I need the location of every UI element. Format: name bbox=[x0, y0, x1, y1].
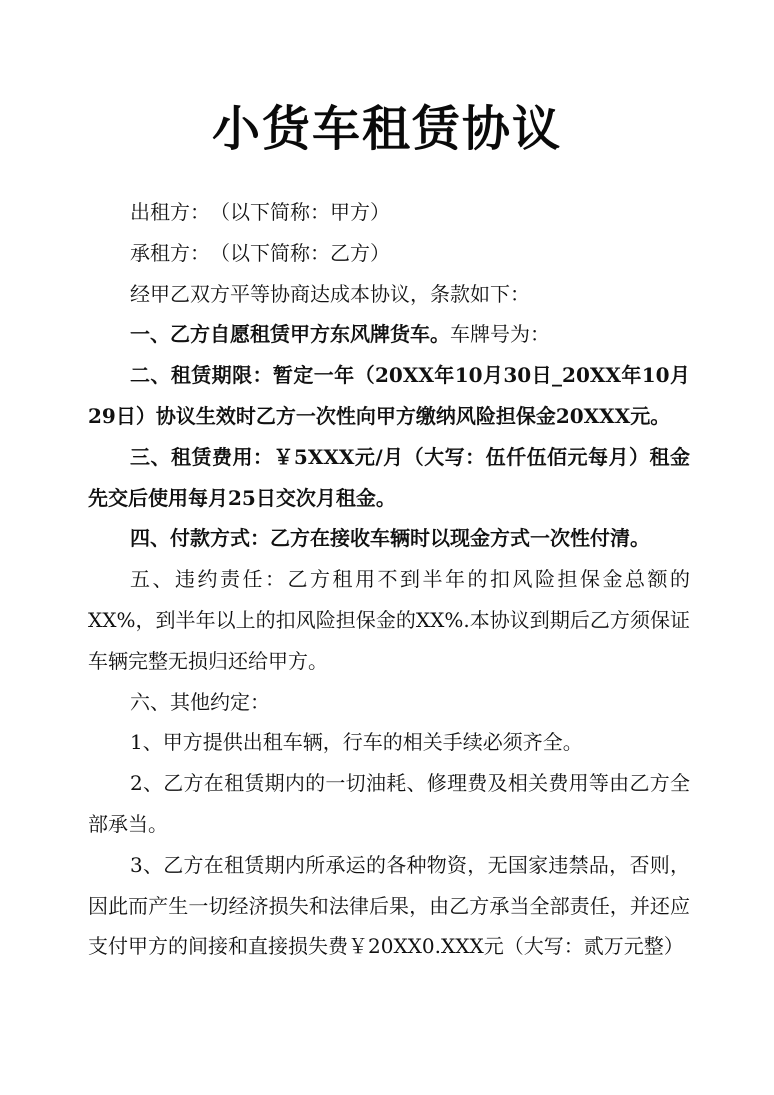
clause-6-item-3: 3、乙方在租赁期内所承运的各种物资，无国家违禁品，否则，因此而产生一切经济损失和… bbox=[88, 845, 690, 967]
clause-1-text: 一、乙方自愿租赁甲方东风牌货车。 bbox=[130, 322, 450, 346]
document-page: 小货车租赁协议 出租方： （以下简称：甲方） 承租方： （以下简称：乙方） 经甲… bbox=[0, 0, 774, 1095]
clause-1: 一、乙方自愿租赁甲方东风牌货车。车牌号为： bbox=[88, 314, 690, 355]
clause-6-item-1: 1、甲方提供出租车辆，行车的相关手续必须齐全。 bbox=[88, 722, 690, 763]
plate-number-label: 车牌号为： bbox=[450, 322, 550, 346]
clause-3-lease-fee: 三、租赁费用：￥5XXX元/月（大写：伍仟伍佰元每月）租金先交后使用每月25日交… bbox=[88, 437, 690, 519]
lessee-line: 承租方： （以下简称：乙方） bbox=[88, 233, 690, 274]
clause-4-payment: 四、付款方式：乙方在接收车辆时以现金方式一次性付清。 bbox=[88, 518, 690, 559]
document-title: 小货车租赁协议 bbox=[0, 96, 774, 162]
clause-6-heading: 六、其他约定： bbox=[88, 682, 690, 723]
preamble: 经甲乙双方平等协商达成本协议，条款如下： bbox=[88, 274, 690, 315]
lessor-line: 出租方： （以下简称：甲方） bbox=[88, 192, 690, 233]
clause-6-item-2: 2、乙方在租赁期内的一切油耗、修理费及相关费用等由乙方全部承当。 bbox=[88, 763, 690, 845]
document-body: 出租方： （以下简称：甲方） 承租方： （以下简称：乙方） 经甲乙双方平等协商达… bbox=[88, 192, 690, 967]
clause-5-breach: 五、违约责任：乙方租用不到半年的扣风险担保金总额的XX%，到半年以上的扣风险担保… bbox=[88, 559, 690, 681]
clause-2-lease-term: 二、租赁期限：暂定一年（20XX年10月30日_20XX年10月29日）协议生效… bbox=[88, 355, 690, 437]
